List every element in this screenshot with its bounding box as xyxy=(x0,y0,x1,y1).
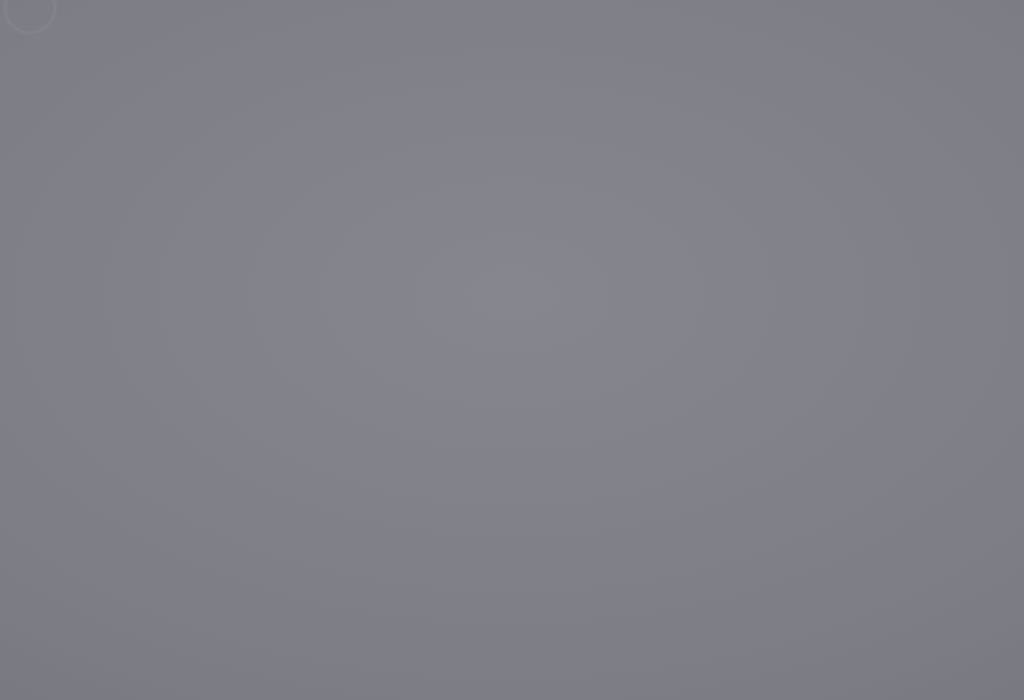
gray-backdrop xyxy=(0,0,1024,700)
crease-lines xyxy=(885,504,968,626)
paper-photo xyxy=(0,0,1024,700)
foxing-spot-halo xyxy=(681,141,689,149)
foxing-spot xyxy=(683,143,687,147)
paper-texture xyxy=(30,20,990,660)
